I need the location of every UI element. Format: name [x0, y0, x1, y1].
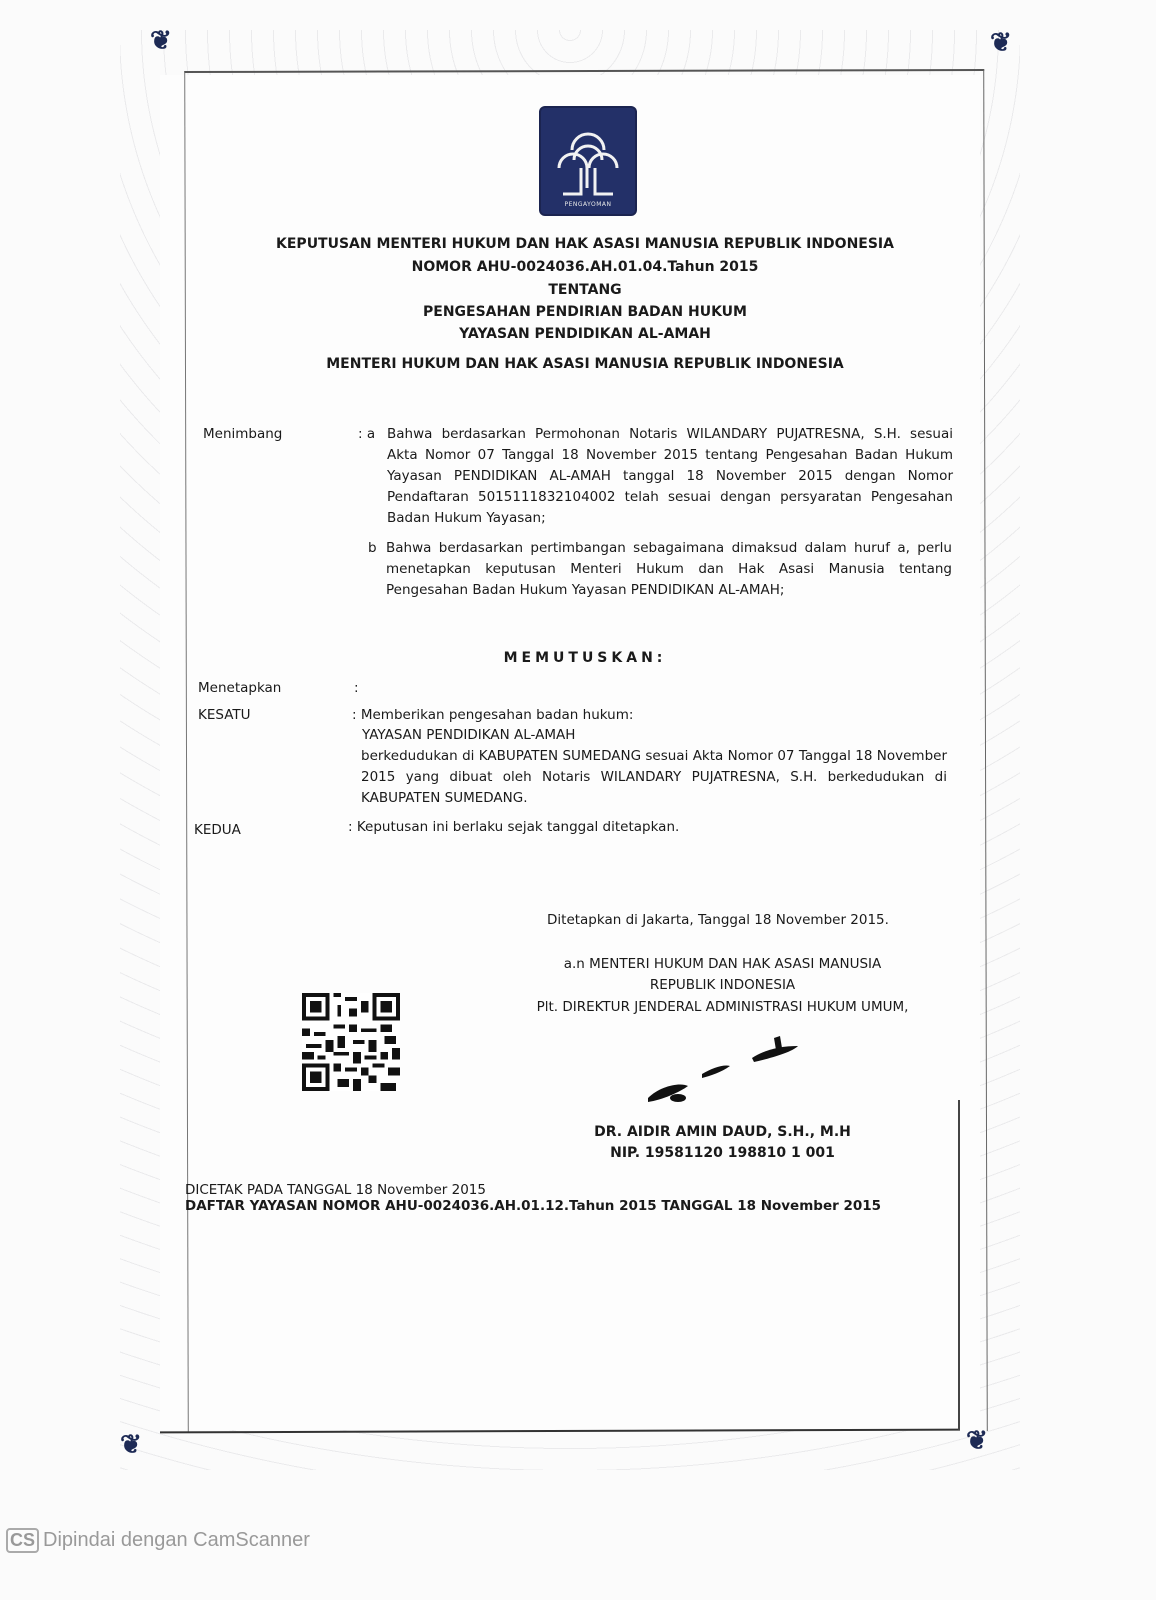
camscanner-text: Dipindai dengan CamScanner [43, 1529, 310, 1551]
signature-position: Plt. DIREKTUR JENDERAL ADMINISTRASI HUKU… [500, 997, 945, 1018]
kedua-label: KEDUA [194, 820, 241, 841]
signature-on-behalf-1: a.n MENTERI HUKUM DAN HAK ASASI MANUSIA [500, 954, 945, 975]
kesatu-label: KESATU [198, 705, 251, 726]
signatory-name: DR. AIDIR AMIN DAUD, S.H., M.H [500, 1122, 945, 1143]
qr-code [302, 993, 400, 1091]
decree-about: TENTANG [186, 282, 984, 298]
handwritten-signature-icon [640, 1030, 810, 1110]
corner-ornament-icon: ❦ [150, 28, 172, 54]
kesatu-intro: : Memberikan pengesahan badan hukum: [352, 705, 633, 726]
document-frame-right [958, 1100, 960, 1430]
issuer-heading: MENTERI HUKUM DAN HAK ASASI MANUSIA REPU… [186, 356, 984, 372]
kedua-text: : Keputusan ini berlaku sejak tanggal di… [348, 817, 679, 838]
signature-place-date: Ditetapkan di Jakarta, Tanggal 18 Novemb… [547, 910, 889, 931]
memutuskan-heading: MEMUTUSKAN: [186, 650, 984, 666]
pengayoman-logo: PENGAYOMAN [541, 108, 635, 214]
menimbang-label: Menimbang [203, 424, 282, 445]
menetapkan-colon: : [354, 678, 359, 699]
registry-number: DAFTAR YAYASAN NOMOR AHU-0024036.AH.01.1… [185, 1196, 881, 1217]
signatory-nip: NIP. 19581120 198810 1 001 [500, 1143, 945, 1164]
decree-title: KEPUTUSAN MENTERI HUKUM DAN HAK ASASI MA… [186, 236, 984, 252]
corner-ornament-icon: ❦ [990, 30, 1012, 56]
menimbang-b-text: Bahwa berdasarkan pertimbangan sebagaima… [386, 538, 952, 601]
camscanner-watermark: CSDipindai dengan CamScanner [6, 1528, 310, 1553]
logo-caption: PENGAYOMAN [541, 201, 635, 208]
kesatu-text: berkedudukan di KABUPATEN SUMEDANG sesua… [361, 746, 947, 809]
decree-number: NOMOR AHU-0024036.AH.01.04.Tahun 2015 [186, 259, 984, 275]
foundation-name-heading: YAYASAN PENDIDIKAN AL-AMAH [186, 326, 984, 342]
kesatu-foundation-name: YAYASAN PENDIDIKAN AL-AMAH [362, 725, 575, 746]
signature-on-behalf-2: REPUBLIK INDONESIA [500, 975, 945, 996]
menimbang-a-text: Bahwa berdasarkan Permohonan Notaris WIL… [387, 424, 953, 529]
corner-ornament-icon: ❦ [966, 1428, 988, 1454]
menimbang-a-marker: : a [358, 424, 375, 445]
decree-subject: PENGESAHAN PENDIRIAN BADAN HUKUM [186, 304, 984, 320]
camscanner-logo-icon: CS [6, 1528, 39, 1553]
tree-icon [541, 108, 635, 214]
corner-ornament-icon: ❦ [120, 1432, 142, 1458]
menimbang-b-marker: b [368, 538, 377, 559]
menetapkan-label: Menetapkan [198, 678, 281, 699]
